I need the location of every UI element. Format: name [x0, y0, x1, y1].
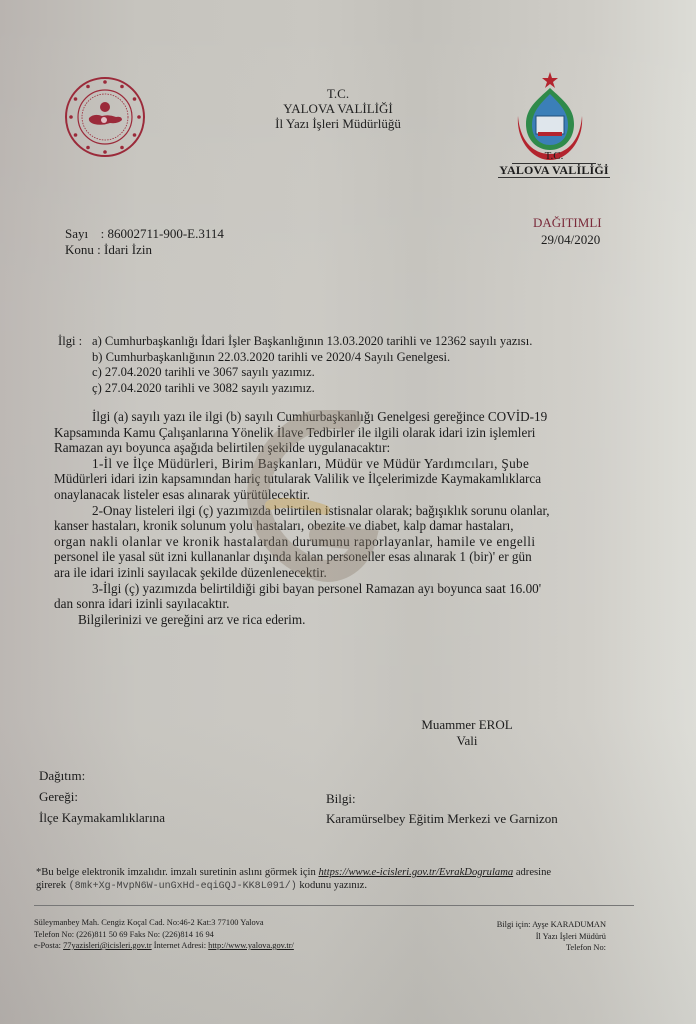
verification-note: *Bu belge elektronik imzalıdır. imzalı s… [36, 866, 551, 893]
footer-address: Süleymanbey Mah. Cengiz Koçal Cad. No:46… [34, 917, 294, 929]
contact-title: İl Yazı İşleri Müdürü [470, 931, 606, 943]
bilgi-value: Karamürselbey Eğitim Merkezi ve Garnizon [326, 811, 558, 826]
subject: Konu : İdari İzin [65, 242, 152, 257]
ilgi-list: a) Cumhurbaşkanlığı İdari İşler Başkanlı… [92, 334, 532, 396]
body-line: Ramazan ayı boyunca aşağıda belirtilen ş… [54, 440, 634, 456]
letterhead-governorship: YALOVA VALİLİĞİ [238, 101, 438, 116]
letterhead-tc: T.C. [238, 86, 438, 101]
signatory-title: Vali [402, 733, 532, 749]
footer-contact-block: Bilgi için: Ayşe KARADUMAN İl Yazı İşler… [470, 919, 606, 954]
verification-line2-prefix: girerek [36, 880, 66, 891]
document-date: 29/04/2020 [541, 232, 600, 247]
body-line: personel ile yasal süt izni kullananlar … [54, 549, 634, 565]
body-line: onaylanacak listeler esas alınarak yürüt… [54, 487, 634, 503]
footer-web-link[interactable]: http://www.yalova.gov.tr/ [208, 941, 294, 950]
ilgi-label: İlgi : [58, 334, 82, 350]
verification-url-link[interactable]: https://www.e-icisleri.gov.tr/EvrakDogru… [318, 867, 513, 878]
letterhead-department: İl Yazı İşleri Müdürlüğü [238, 116, 438, 131]
footer-web-label: İnternet Adresi: [154, 941, 206, 950]
bilgi-label: Bilgi: [326, 791, 356, 806]
verification-line2-suffix: kodunu yazınız. [299, 880, 367, 891]
ilgi-item: c) 27.04.2020 tarihli ve 3067 sayılı yaz… [92, 365, 532, 381]
caption-tc: T.C. [512, 150, 596, 164]
body-line: Kapsamında Kamu Çalışanlarına Yönelik İl… [54, 425, 634, 441]
footer-phone: Telefon No: (226)811 50 69 Faks No: (226… [34, 929, 294, 941]
contact-person: Bilgi için: Ayşe KARADUMAN [470, 919, 606, 931]
body-line: 2-Onay listeleri ilgi (ç) yazımızda beli… [54, 503, 634, 519]
document-page: T.C. YALOVA VALİLİĞİ İl Yazı İşleri Müdü… [0, 0, 696, 1024]
footer-email-link[interactable]: 77yazisleri@icisleri.gov.tr [63, 941, 152, 950]
body-line: dan sonra idari izinli sayılacaktır. [54, 596, 634, 612]
distribution-label: DAĞITIMLI [533, 215, 602, 230]
right-logo-caption: T.C. YALOVA VALİLİĞİ [498, 150, 610, 178]
body-line: Müdürleri idari izin kapsamından hariç t… [54, 471, 634, 487]
body-line: İlgi (a) sayılı yazı ile ilgi (b) sayılı… [54, 409, 634, 425]
signature-block: Muammer EROL Vali [402, 717, 532, 749]
distribution-heading: Dağıtım: [39, 768, 85, 783]
sayi-label: Sayı [65, 226, 88, 241]
body-line: 1-İl ve İlçe Müdürleri, Birim Başkanları… [54, 456, 634, 472]
body-closing: Bilgilerinizi ve gereğini arz ve rica ed… [54, 612, 634, 628]
footer-address-block: Süleymanbey Mah. Cengiz Koçal Cad. No:46… [34, 917, 294, 952]
sayi-value: : 86002711-900-E.3114 [101, 226, 224, 241]
konu-label: Konu [65, 242, 94, 257]
verification-prefix: *Bu belge elektronik imzalıdır. imzalı s… [36, 867, 316, 878]
letter-body: İlgi (a) sayılı yazı ile ilgi (b) sayılı… [54, 409, 634, 627]
ilgi-item: ç) 27.04.2020 tarihli ve 3082 sayılı yaz… [92, 381, 532, 397]
reference-number: Sayı : 86002711-900-E.3114 [65, 226, 224, 241]
ilgi-item: b) Cumhurbaşkanlığının 22.03.2020 tarihl… [92, 350, 532, 366]
body-line: 3-İlgi (ç) yazımızda belirtildiği gibi b… [54, 581, 634, 597]
contact-phone: Telefon No: [470, 942, 606, 954]
verification-code: (8mk+Xg-MvpN6W-unGxHd-eqiGQJ-KK8L091/) [69, 881, 297, 892]
body-line: ara ile idari izinli sayılacak şekilde d… [54, 565, 634, 581]
footer-divider [34, 905, 634, 906]
geregi-value: İlçe Kaymakamlıklarına [39, 810, 165, 825]
ministry-seal-icon [64, 76, 146, 158]
ilgi-item: a) Cumhurbaşkanlığı İdari İşler Başkanlı… [92, 334, 532, 350]
body-line: kanser hastaları, kronik solunum yolu ha… [54, 518, 634, 534]
verification-suffix: adresine [516, 867, 551, 878]
signatory-name: Muammer EROL [402, 717, 532, 733]
body-line: organ nakli olanlar ve kronik hastalarda… [54, 534, 634, 550]
letterhead: T.C. YALOVA VALİLİĞİ İl Yazı İşleri Müdü… [238, 86, 438, 131]
caption-governorship: YALOVA VALİLİĞİ [498, 164, 610, 178]
geregi-label: Gereği: [39, 789, 78, 804]
footer-email-label: e-Posta: [34, 941, 61, 950]
konu-value: : İdari İzin [97, 242, 152, 257]
